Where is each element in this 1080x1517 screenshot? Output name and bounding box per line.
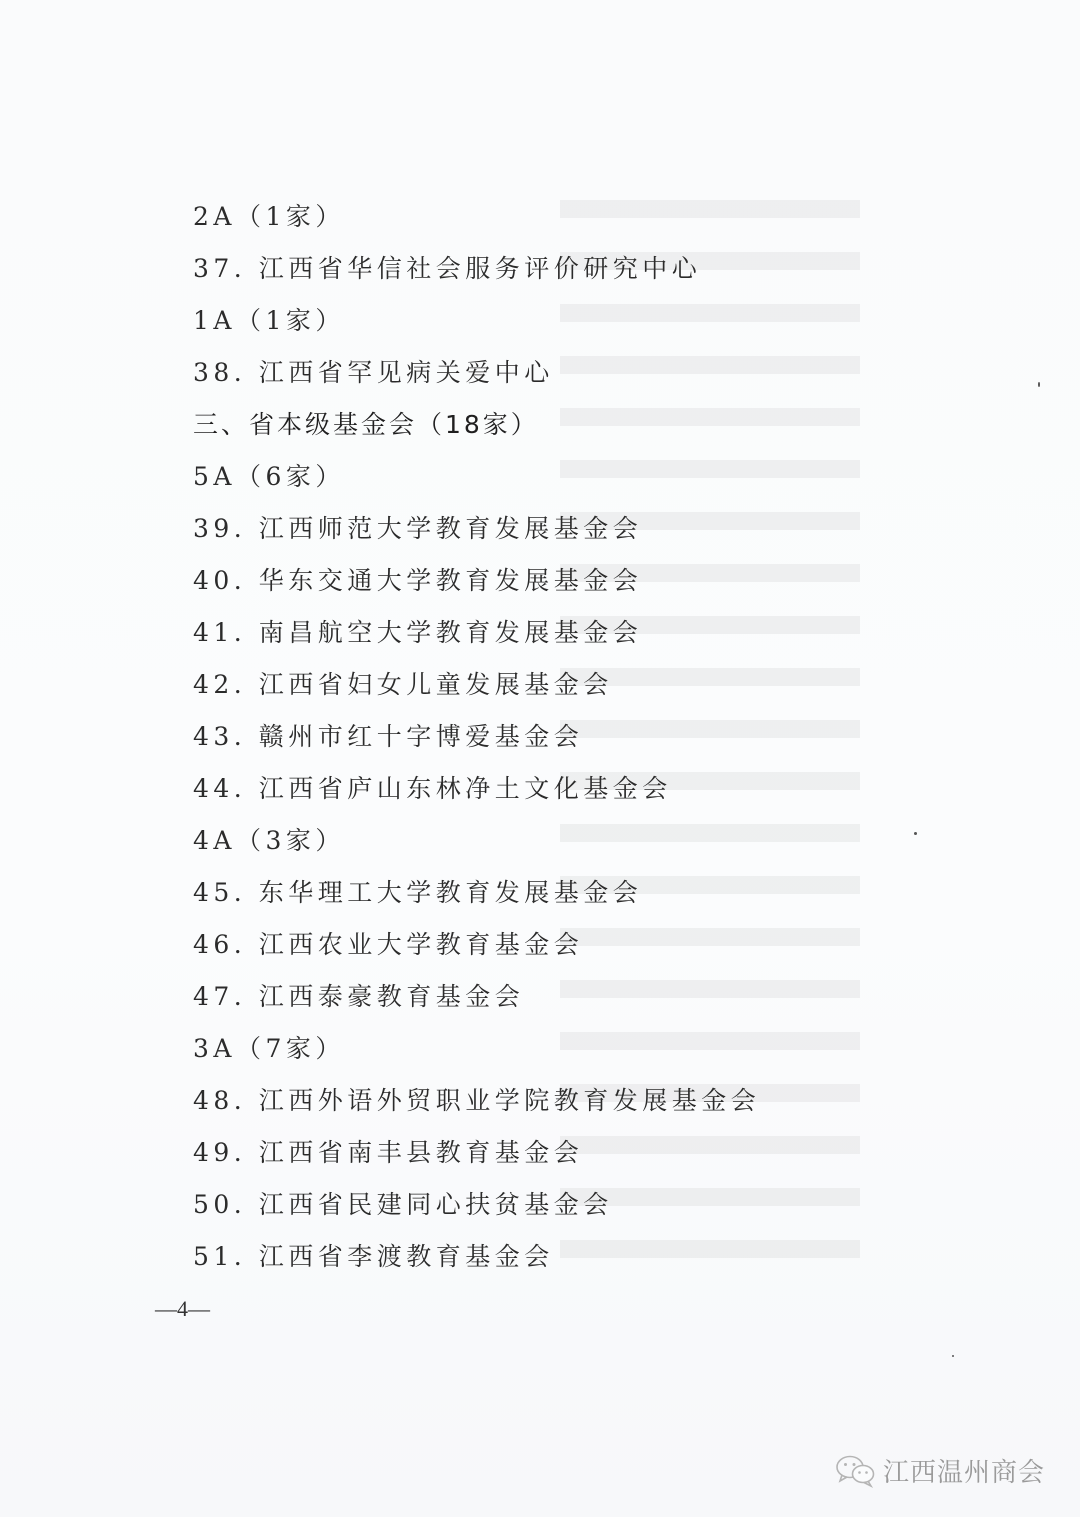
scan-speck bbox=[1038, 382, 1040, 387]
grade-heading: 5A（6家） bbox=[193, 462, 345, 492]
watermark-text: 江西温州商会 bbox=[883, 1452, 1045, 1489]
wechat-icon bbox=[835, 1454, 877, 1488]
grade-heading: 3A（7家） bbox=[193, 1034, 345, 1064]
section-heading: 三、省本级基金会（18家） bbox=[193, 410, 539, 440]
list-item: 41. 南昌航空大学教育发展基金会 bbox=[193, 618, 642, 648]
grade-heading: 1A（1家） bbox=[193, 306, 345, 336]
bleed-through-texture bbox=[560, 200, 860, 1280]
list-item: 45. 东华理工大学教育发展基金会 bbox=[193, 878, 642, 908]
list-item: 47. 江西泰豪教育基金会 bbox=[193, 982, 524, 1012]
list-item: 48. 江西外语外贸职业学院教育发展基金会 bbox=[193, 1086, 760, 1116]
page-number: —4— bbox=[155, 1296, 210, 1322]
document-page: 2A（1家） 37. 江西省华信社会服务评价研究中心 1A（1家） 38. 江西… bbox=[0, 0, 1080, 1517]
scan-speck bbox=[914, 832, 917, 835]
grade-heading: 2A（1家） bbox=[193, 202, 345, 232]
list-item: 46. 江西农业大学教育基金会 bbox=[193, 930, 583, 960]
watermark: 江西温州商会 bbox=[835, 1452, 1045, 1489]
list-item: 51. 江西省李渡教育基金会 bbox=[193, 1242, 554, 1272]
list-item: 42. 江西省妇女儿童发展基金会 bbox=[193, 670, 613, 700]
list-item: 49. 江西省南丰县教育基金会 bbox=[193, 1138, 583, 1168]
list-item: 43. 赣州市红十字博爱基金会 bbox=[193, 722, 583, 752]
list-item: 44. 江西省庐山东林净土文化基金会 bbox=[193, 774, 672, 804]
list-item: 40. 华东交通大学教育发展基金会 bbox=[193, 566, 642, 596]
scan-speck bbox=[952, 1355, 954, 1357]
list-item: 39. 江西师范大学教育发展基金会 bbox=[193, 514, 642, 544]
grade-heading: 4A（3家） bbox=[193, 826, 345, 856]
list-item: 38. 江西省罕见病关爱中心 bbox=[193, 358, 554, 388]
list-item: 37. 江西省华信社会服务评价研究中心 bbox=[193, 254, 701, 284]
list-item: 50. 江西省民建同心扶贫基金会 bbox=[193, 1190, 613, 1220]
